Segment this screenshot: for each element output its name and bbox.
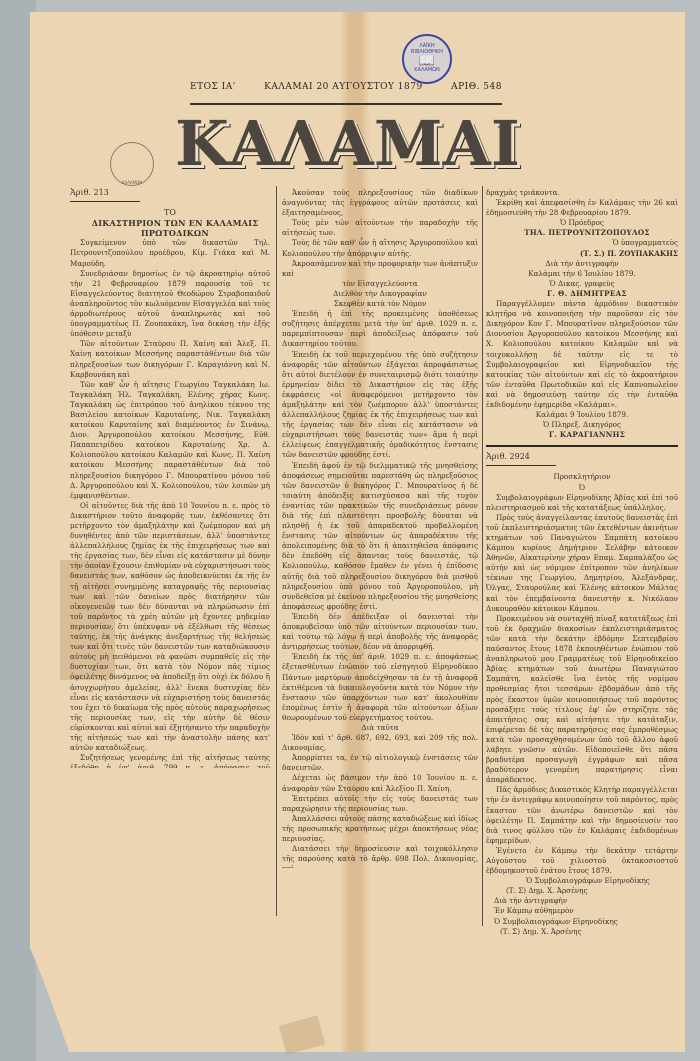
title-letter: Μ (374, 107, 443, 180)
president-name: ΤΗΛ. ΠΕΤΡΟΥΝΙΤΖΟΠΟΥΛΟΣ (486, 228, 678, 238)
article-heading: Προσκλητήριον (486, 472, 678, 482)
masthead-info: ΕΤΟΣ ΙΑ' ΚΑΛΑΜΑΙ 20 ΑΥΓΟΥΣΤΟΥ 1879 ΑΡΙΘ.… (190, 82, 502, 92)
paragraph: Δέχεται ὡς βάσιμον τὴν ἀπὸ 10 Ἰουνίου π.… (282, 773, 478, 793)
section-divider (486, 445, 678, 447)
article-number: Ἀριθ. 2924 (486, 452, 678, 462)
center-line: Σκεφθὲν κατὰ τὸν Νόμον (282, 299, 478, 309)
article-number: Ἀριθ. 213 (70, 188, 270, 198)
paragraph: Συμβολαιογράφων Εἰρηνοδίκης Ἀβίας καὶ ἐπ… (486, 493, 678, 513)
notice-date: Καλάμαι 9 Ἰουλίου 1879. (486, 410, 678, 420)
president-title: Ὁ Πρόεδρος (486, 218, 678, 228)
clerk-name: Γ. Θ. ΔΗΜΗΤΡΕΑΣ (486, 289, 678, 299)
paragraph: Ἐπειδὴ ἐκ τοῦ περιεχομένου τῆς ὑπὸ συζήτ… (282, 350, 478, 461)
stamp-side-text: ΚΑΛΑΜΩΝ (122, 180, 142, 185)
paragraph: Τοὺς μὲν τῶν αἰτούντων τὴν παραδοχὴν τῆς… (282, 218, 478, 238)
paragraph: Ἐγένετο ἐν Κάμπῳ τὴν δεκάτην τετάρτην Αὐ… (486, 846, 678, 876)
heading-kind: ΠΡΩΤΟΔΙΚΩΝ (70, 228, 270, 238)
column-divider (482, 186, 483, 926)
paragraph: Τῶν καθ' ὧν ἡ αἴτησις Γεωργίου Ταγκαλάκη… (70, 380, 270, 501)
paragraph: Ἐπειδὴ ἡ ἐπὶ τῆς προκειμένης ὑποθέσεως σ… (282, 309, 478, 349)
issued-line: Ἐκρίθη καὶ ἀπεφασίσθη ἐν Καλάμαις τὴν 26… (486, 198, 678, 218)
paragraph: Τῶν αἰτούντων Σταύρου Π. Χαίνη καὶ Ἀλεξ.… (70, 339, 270, 379)
notary-title: Ὁ Συμβολαιογράφων Εἰρηνοδίκης (486, 876, 678, 886)
center-line: τὸν Εἰσαγγελεύοντα (282, 279, 478, 289)
paragraph: Ἀπορρίπτει τα, ἐν τῷ αἰτιολογικῷ ἐνστάσε… (282, 753, 478, 773)
paragraph: Ἀκούσαν τοὺς πληρεξουσίους τῶν διαδίκων … (282, 188, 478, 218)
paragraph: Πρὸς τοὺς ἀναγγείλαντας ἑαυτοὺς δανειστὰ… (486, 513, 678, 614)
copy-label: Διὰ τὴν ἀντιγραφὴν (486, 896, 678, 906)
secretary-title: Ὁ ὑπογραμματεὺς (486, 238, 678, 248)
heading-court: ΔΙΚΑΣΤΗΡΙΟΝ ΤΩΝ ΕΝ ΚΑΛΑΜΑΙΣ (70, 218, 270, 228)
continuation: δραχμὰς τριάκοντα. (486, 188, 678, 198)
title-letter: Α (443, 107, 491, 180)
masthead-date: ΚΑΛΑΜΑΙ 20 ΑΥΓΟΥΣΤΟΥ 1879 (264, 82, 423, 92)
column-3: δραχμὰς τριάκοντα. Ἐκρίθη καὶ ἀπεφασίσθη… (486, 188, 678, 948)
paragraph: Συνεδριάσαν δημοσίως ἐν τῷ ἀκροατηρίῳ αὐ… (70, 269, 270, 340)
notary-name: (Τ. Σ) Δημ. Χ. Ἀρσένης (486, 927, 678, 937)
library-stamp: ΛΑΪΚΗ ΒΙΒΛΙΟΘΗΚΗ 📖 ΚΑΛΑΜΩΝ (402, 34, 452, 84)
center-line: Διελθὸν τὴν Δικογραφίαν (282, 289, 478, 299)
masthead-rule (190, 103, 502, 105)
paragraph: Ἐπιτρέπει αὐτοῖς τὴν εἰς τοὺς δανειστάς … (282, 794, 478, 814)
secretary-name: (Τ. Σ.) Π. ΖΟΥΠΑΚΑΚΗΣ (486, 249, 678, 259)
divider (486, 465, 556, 466)
column-1: Ἀριθ. 213 ΤΟ ΔΙΚΑΣΤΗΡΙΟΝ ΤΩΝ ΕΝ ΚΑΛΑΜΑΙΣ… (70, 188, 270, 768)
newspaper-title: Κ Α Λ Α Μ Α Ι (175, 108, 520, 178)
title-letter: Α (326, 107, 374, 180)
title-letter: Ι (491, 107, 520, 180)
paragraph: Συγκείμενον ὑπὸ τῶν δικαστῶν Τηλ. Πετρου… (70, 238, 270, 268)
title-letter: Λ (277, 107, 325, 180)
copy-date: Καλάμαι τὴν 6 Ἰουλίου 1879. (486, 269, 678, 279)
paragraph: Ἐπειδὴ δὲν ἀπέδειξαν οἱ δανεισταὶ τὴν ἀπ… (282, 612, 478, 652)
lawyer-name: Γ. ΚΑΡΑΓΙΑΝΝΗΣ (486, 430, 678, 440)
paragraph: Ἀκροασάμενον καὶ τὴν προφορικὴν των ἀνάπ… (282, 259, 478, 279)
paragraph: Ἰδὸν καὶ τ' ἄρθ. 687, 692, 693, καὶ 209 … (282, 733, 478, 753)
article-heading-o: Ὁ (486, 483, 678, 493)
clerk-title: Ὁ Δικας. γραφεὺς (486, 279, 678, 289)
paragraph: Πᾶς ἁρμόδιος Δικαστικὸς Κλητὴρ παραγγέλλ… (486, 785, 678, 846)
paragraph: Συζητήσεως γενομένης ἐπὶ τῆς αἰτήσεως τα… (70, 753, 270, 768)
paragraph: Οἱ αἰτοῦντες διὰ τῆς ἀπὸ 10 Ἰουνίου π. ε… (70, 501, 270, 753)
paragraph: Προκειμένου νὰ συνταχθῇ πίναξ κατατάξεως… (486, 614, 678, 786)
faded-library-stamp: ΚΑΛΑΜΩΝ (110, 142, 154, 186)
masthead-issue: ΑΡΙΘ. 548 (451, 82, 502, 92)
paragraph: Ἐπειδὴ ἀφοῦ ἐν τῷ διελμματικῷ τῆς μνησθε… (282, 461, 478, 612)
divider (70, 201, 140, 202)
notary-name: (Τ. Σ) Δημ. Χ. Ἀρσένης (486, 886, 678, 896)
paragraph: Ἐπειδὴ ἐκ τῆς ὑπ' ἀριθ. 1029 π. ε. ἀποφά… (282, 652, 478, 723)
paragraph: Τοὺς δὲ τῶν καθ' ὧν ἡ αἴτησις Ἀργυροπούλ… (282, 238, 478, 258)
title-letter: Α (229, 107, 277, 180)
lawyer-title: Ὁ Πληρεξ. Δικηγόρος (486, 420, 678, 430)
column-2: Ἀκούσαν τοὺς πληρεξουσίους τῶν διαδίκων … (282, 188, 478, 868)
notary-title: Ὁ Συμβολαιογράφων Εἰρηνοδίκης (486, 917, 678, 927)
heading-to: ΤΟ (70, 208, 270, 218)
dia-tauta: Διὰ ταῦτα (282, 723, 478, 733)
copy-place: Ἐν Κάμπῳ αὐθημερὸν (486, 906, 678, 916)
notice-paragraph: Παραγγέλλομεν πάντα ἁρμόδιον δικαστικὸν … (486, 299, 678, 410)
paragraph: Ἀπαλλάσσει αὐτοὺς πάσης καταδιώξεως καὶ … (282, 814, 478, 844)
copy-label: Διὰ τὴν ἀντιγραφὴν (486, 259, 678, 269)
paragraph: Διατάσσει τὴν δημοσίευσιν καὶ τοιχοκόλλη… (282, 844, 478, 868)
title-letter: Κ (175, 107, 229, 180)
stamp-text-bottom: ΚΑΛΑΜΩΝ (414, 68, 439, 74)
masthead-year: ΕΤΟΣ ΙΑ' (190, 82, 236, 92)
column-divider (276, 186, 277, 916)
